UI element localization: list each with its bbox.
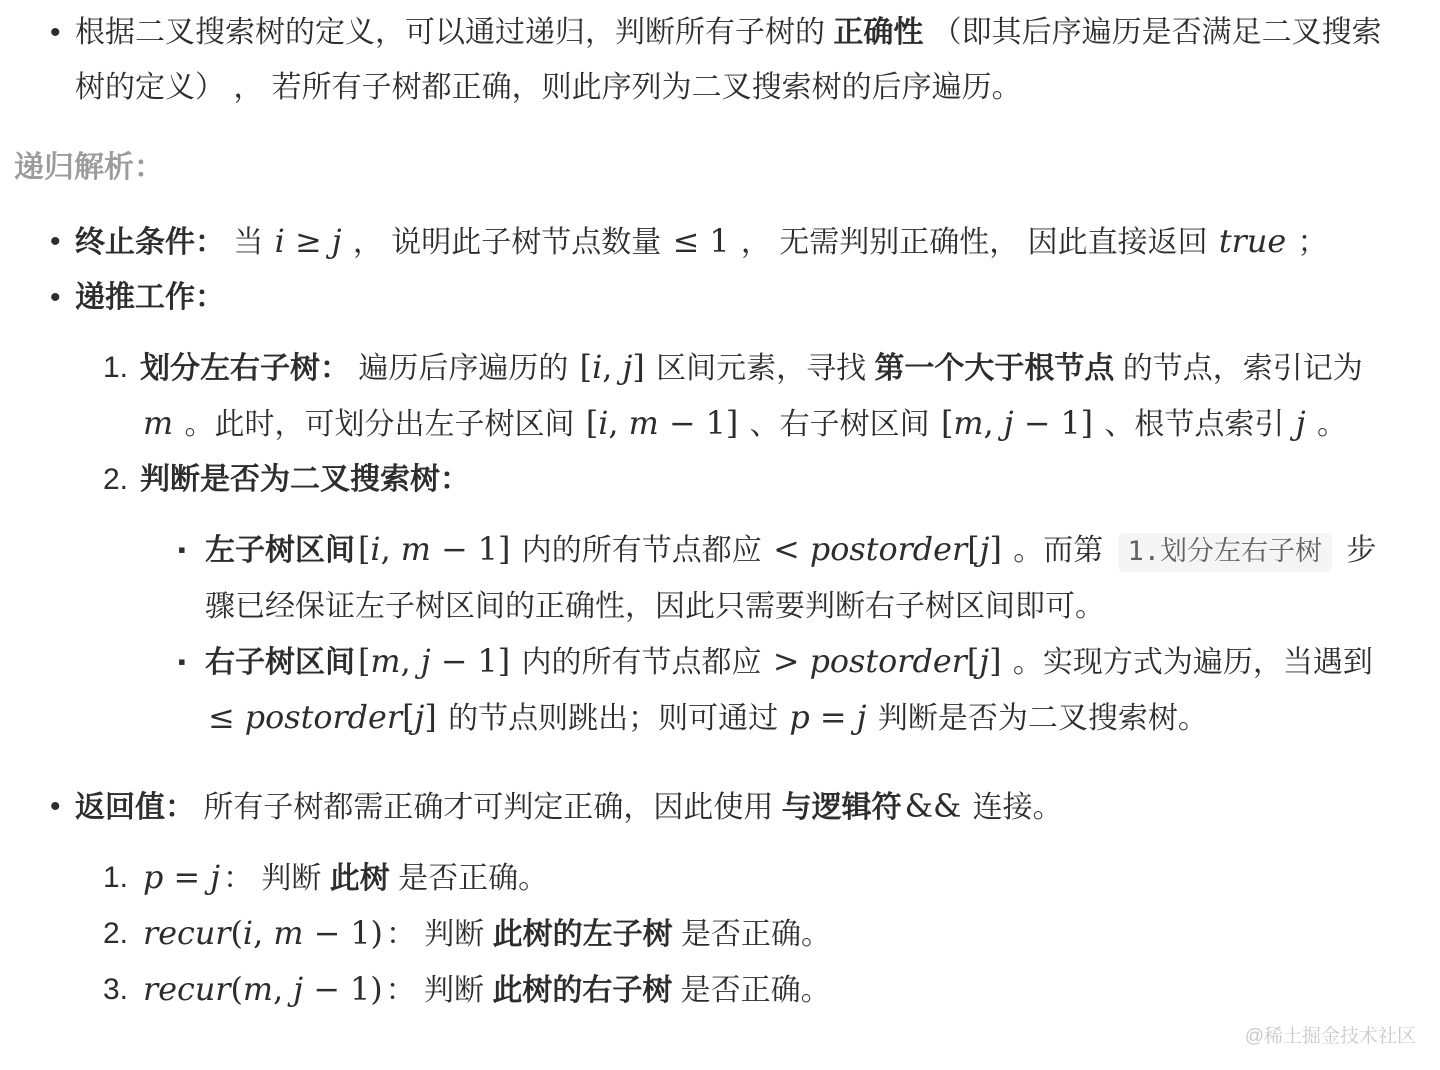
square-bullet-icon: ▪ bbox=[178, 522, 205, 577]
number-marker: 2. bbox=[103, 906, 140, 961]
bullet-icon: • bbox=[50, 779, 75, 834]
return-steps: 1. p = j： 判断 此树 是否正确。 2. recur(i, m − 1)… bbox=[14, 850, 1394, 1018]
step-paragraph: 判断是否为二叉搜索树： bbox=[140, 452, 1394, 507]
step-paragraph: p = j： 判断 此树 是否正确。 bbox=[140, 850, 1394, 906]
bullet-icon: • bbox=[50, 214, 75, 269]
intro-paragraph: 根据二叉搜索树的定义，可以通过递归，判断所有子树的 正确性 （即其后序遍历是否满… bbox=[75, 5, 1394, 115]
step-paragraph: recur(i, m − 1)： 判断 此树的左子树 是否正确。 bbox=[140, 906, 1394, 962]
termination-paragraph: 终止条件： 当 i ≥ j ， 说明此子树节点数量 ≤ 1 ， 无需判别正确性，… bbox=[75, 214, 1394, 270]
number-marker: 1. bbox=[103, 340, 140, 395]
step-paragraph: recur(m, j − 1)： 判断 此树的右子树 是否正确。 bbox=[140, 962, 1394, 1018]
return-paragraph: 返回值： 所有子树都需正确才可判定正确，因此使用 与逻辑符&& 连接。 bbox=[75, 779, 1394, 835]
ordered-item-1: 1. p = j： 判断 此树 是否正确。 bbox=[103, 850, 1394, 906]
number-marker: 1. bbox=[103, 850, 140, 905]
ordered-item-2: 2. recur(i, m − 1)： 判断 此树的左子树 是否正确。 bbox=[103, 906, 1394, 962]
ordered-item-1: 1. 划分左右子树： 遍历后序遍历的 [i, j] 区间元素，寻找 第一个大于根… bbox=[103, 340, 1394, 452]
sub-list-item-right: ▪ 右子树区间[m, j − 1] 内的所有节点都应 > postorder[j… bbox=[178, 634, 1394, 746]
analysis-list: • 终止条件： 当 i ≥ j ， 说明此子树节点数量 ≤ 1 ， 无需判别正确… bbox=[14, 214, 1394, 1018]
step-paragraph: 划分左右子树： 遍历后序遍历的 [i, j] 区间元素，寻找 第一个大于根节点 … bbox=[140, 340, 1394, 452]
bst-check-sublist: ▪ 左子树区间[i, m − 1] 内的所有节点都应 < postorder[j… bbox=[14, 522, 1394, 746]
watermark-text: @稀土掘金技术社区 bbox=[1245, 1021, 1416, 1048]
recursion-steps: 1. 划分左右子树： 遍历后序遍历的 [i, j] 区间元素，寻找 第一个大于根… bbox=[14, 340, 1394, 746]
list-item: • 根据二叉搜索树的定义，可以通过递归，判断所有子树的 正确性 （即其后序遍历是… bbox=[50, 5, 1394, 115]
sub-paragraph: 右子树区间[m, j − 1] 内的所有节点都应 > postorder[j] … bbox=[205, 634, 1394, 746]
article-body: • 根据二叉搜索树的定义，可以通过递归，判断所有子树的 正确性 （即其后序遍历是… bbox=[0, 0, 1440, 1018]
recursion-label: 递推工作： bbox=[75, 270, 1394, 325]
list-item-recursion: • 递推工作： bbox=[50, 270, 1394, 325]
list-item-return: • 返回值： 所有子树都需正确才可判定正确，因此使用 与逻辑符&& 连接。 bbox=[50, 779, 1394, 835]
list-item-termination: • 终止条件： 当 i ≥ j ， 说明此子树节点数量 ≤ 1 ， 无需判别正确… bbox=[50, 214, 1394, 270]
ordered-item-2: 2. 判断是否为二叉搜索树： bbox=[103, 452, 1394, 507]
square-bullet-icon: ▪ bbox=[178, 634, 205, 689]
sub-paragraph: 左子树区间[i, m − 1] 内的所有节点都应 < postorder[j] … bbox=[205, 522, 1394, 634]
number-marker: 3. bbox=[103, 962, 140, 1017]
number-marker: 2. bbox=[103, 452, 140, 507]
bullet-icon: • bbox=[50, 270, 75, 325]
ordered-item-3: 3. recur(m, j − 1)： 判断 此树的右子树 是否正确。 bbox=[103, 962, 1394, 1018]
bullet-icon: • bbox=[50, 5, 75, 60]
section-heading: 递归解析： bbox=[14, 140, 1394, 195]
sub-list-item-left: ▪ 左子树区间[i, m − 1] 内的所有节点都应 < postorder[j… bbox=[178, 522, 1394, 634]
